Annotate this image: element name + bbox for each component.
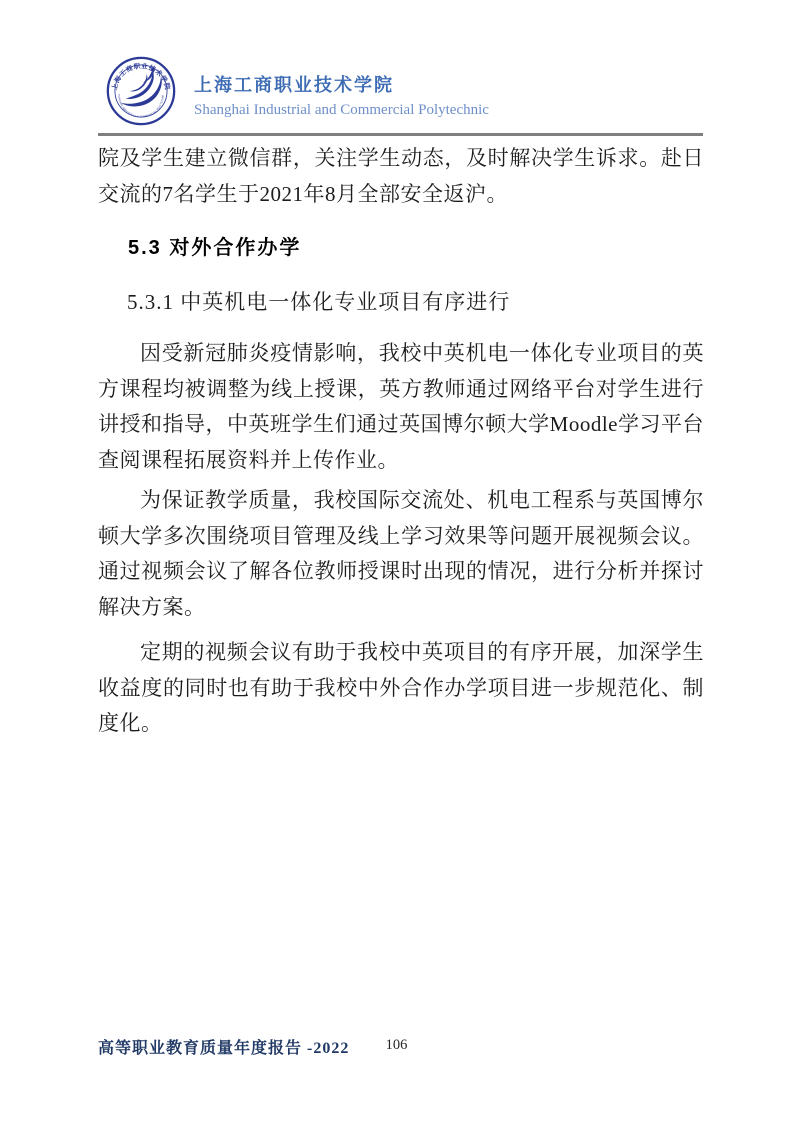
document-page: 上海工商职业技术学院 SHANGHAI INDUSTRIAL & COMMERC…: [0, 0, 793, 1122]
school-logo-icon: 上海工商职业技术学院 SHANGHAI INDUSTRIAL & COMMERC…: [105, 55, 177, 127]
page-header: 上海工商职业技术学院 SHANGHAI INDUSTRIAL & COMMERC…: [105, 55, 489, 127]
page-number: 106: [0, 1037, 793, 1054]
paragraph: 因受新冠肺炎疫情影响，我校中英机电一体化专业项目的英方课程均被调整为线上授课，英…: [98, 336, 704, 478]
school-name-english: Shanghai Industrial and Commercial Polyt…: [194, 99, 489, 121]
subsection-heading: 5.3.1 中英机电一体化专业项目有序进行: [127, 288, 704, 316]
page-body: 院及学生建立微信群，关注学生动态，及时解决学生诉求。赴日交流的7名学生于2021…: [98, 141, 704, 742]
header-divider: [98, 133, 703, 136]
paragraph-continuation: 院及学生建立微信群，关注学生动态，及时解决学生诉求。赴日交流的7名学生于2021…: [98, 141, 704, 212]
section-heading: 5.3 对外合作办学: [128, 235, 704, 261]
paragraph: 定期的视频会议有助于我校中英项目的有序开展，加深学生收益度的同时也有助于我校中外…: [98, 635, 704, 742]
paragraph: 为保证教学质量，我校国际交流处、机电工程系与英国博尔顿大学多次围绕项目管理及线上…: [98, 483, 704, 625]
school-name-chinese: 上海工商职业技术学院: [194, 73, 489, 97]
school-title-block: 上海工商职业技术学院 Shanghai Industrial and Comme…: [194, 55, 489, 121]
